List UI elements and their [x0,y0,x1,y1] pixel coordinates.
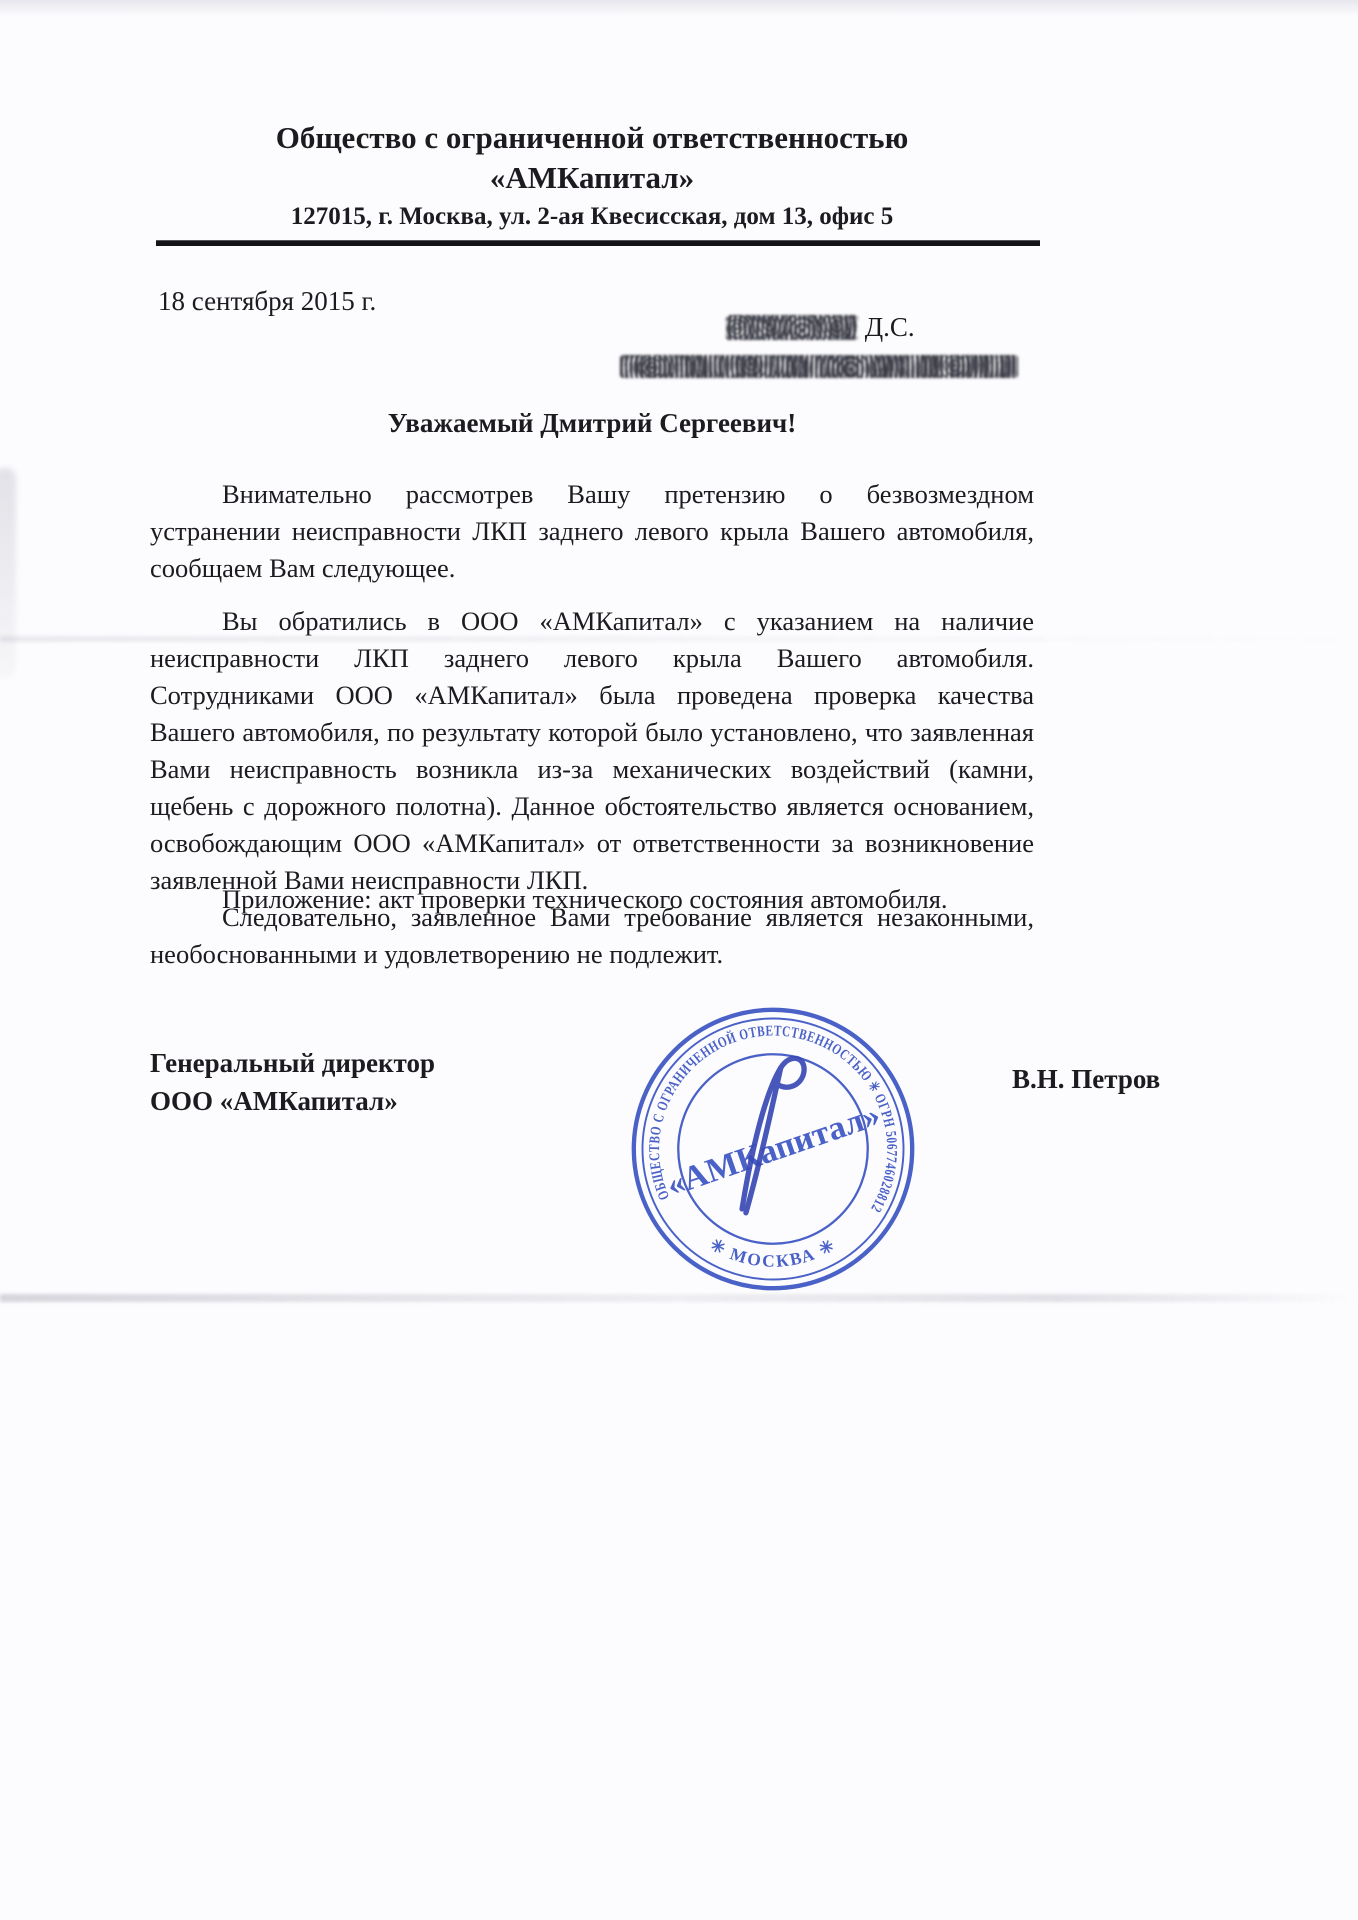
letterhead-divider-rule [156,240,1040,246]
letterhead: Общество с ограниченной ответственностью… [150,118,1034,234]
recipient-name-line: Д.С. [620,310,1030,345]
paper-crease [0,1294,1358,1302]
redacted-name-scribble [726,315,858,340]
paragraph-intro: Внимательно рассмотрев Вашу претензию о … [150,476,1034,587]
company-round-stamp: ОБЩЕСТВО С ОГРАНИЧЕННОЙ ОТВЕТСТВЕННОСТЬЮ… [628,1004,918,1294]
paragraph-findings: Вы обратились в ООО «АМКапитал» с указан… [150,603,1034,899]
signatory-title-block: Генеральный директор ООО «АМКапитал» [150,1044,435,1120]
signatory-title-line2: ООО «АМКапитал» [150,1082,435,1120]
salutation: Уважаемый Дмитрий Сергеевич! [150,408,1034,439]
recipient-block: Д.С. [620,310,1030,383]
org-name-line: «АМКапитал» [150,158,1034,198]
org-address-line: 127015, г. Москва, ул. 2-ая Квесисская, … [150,200,1034,234]
scan-edge-smudge [0,468,16,678]
scanned-letter-page: Общество с ограниченной ответственностью… [0,0,1358,1920]
recipient-initials: Д.С. [865,312,915,342]
signatory-name: В.Н. Петров [1012,1064,1160,1095]
paper-crease-faint [0,636,1358,642]
signatory-title-line1: Генеральный директор [150,1044,435,1082]
attachment-line: Приложение: акт проверки технического со… [150,884,1034,915]
org-type-line: Общество с ограниченной ответственностью [150,118,1034,158]
stamp-svg: ОБЩЕСТВО С ОГРАНИЧЕННОЙ ОТВЕТСТВЕННОСТЬЮ… [628,1004,918,1294]
redacted-address-scribble [620,355,1018,378]
stamp-arc-bottom-text: ✳ МОСКВА ✳ [707,1234,840,1271]
recipient-address-line [620,348,1030,383]
letter-date: 18 сентября 2015 г. [158,286,376,317]
